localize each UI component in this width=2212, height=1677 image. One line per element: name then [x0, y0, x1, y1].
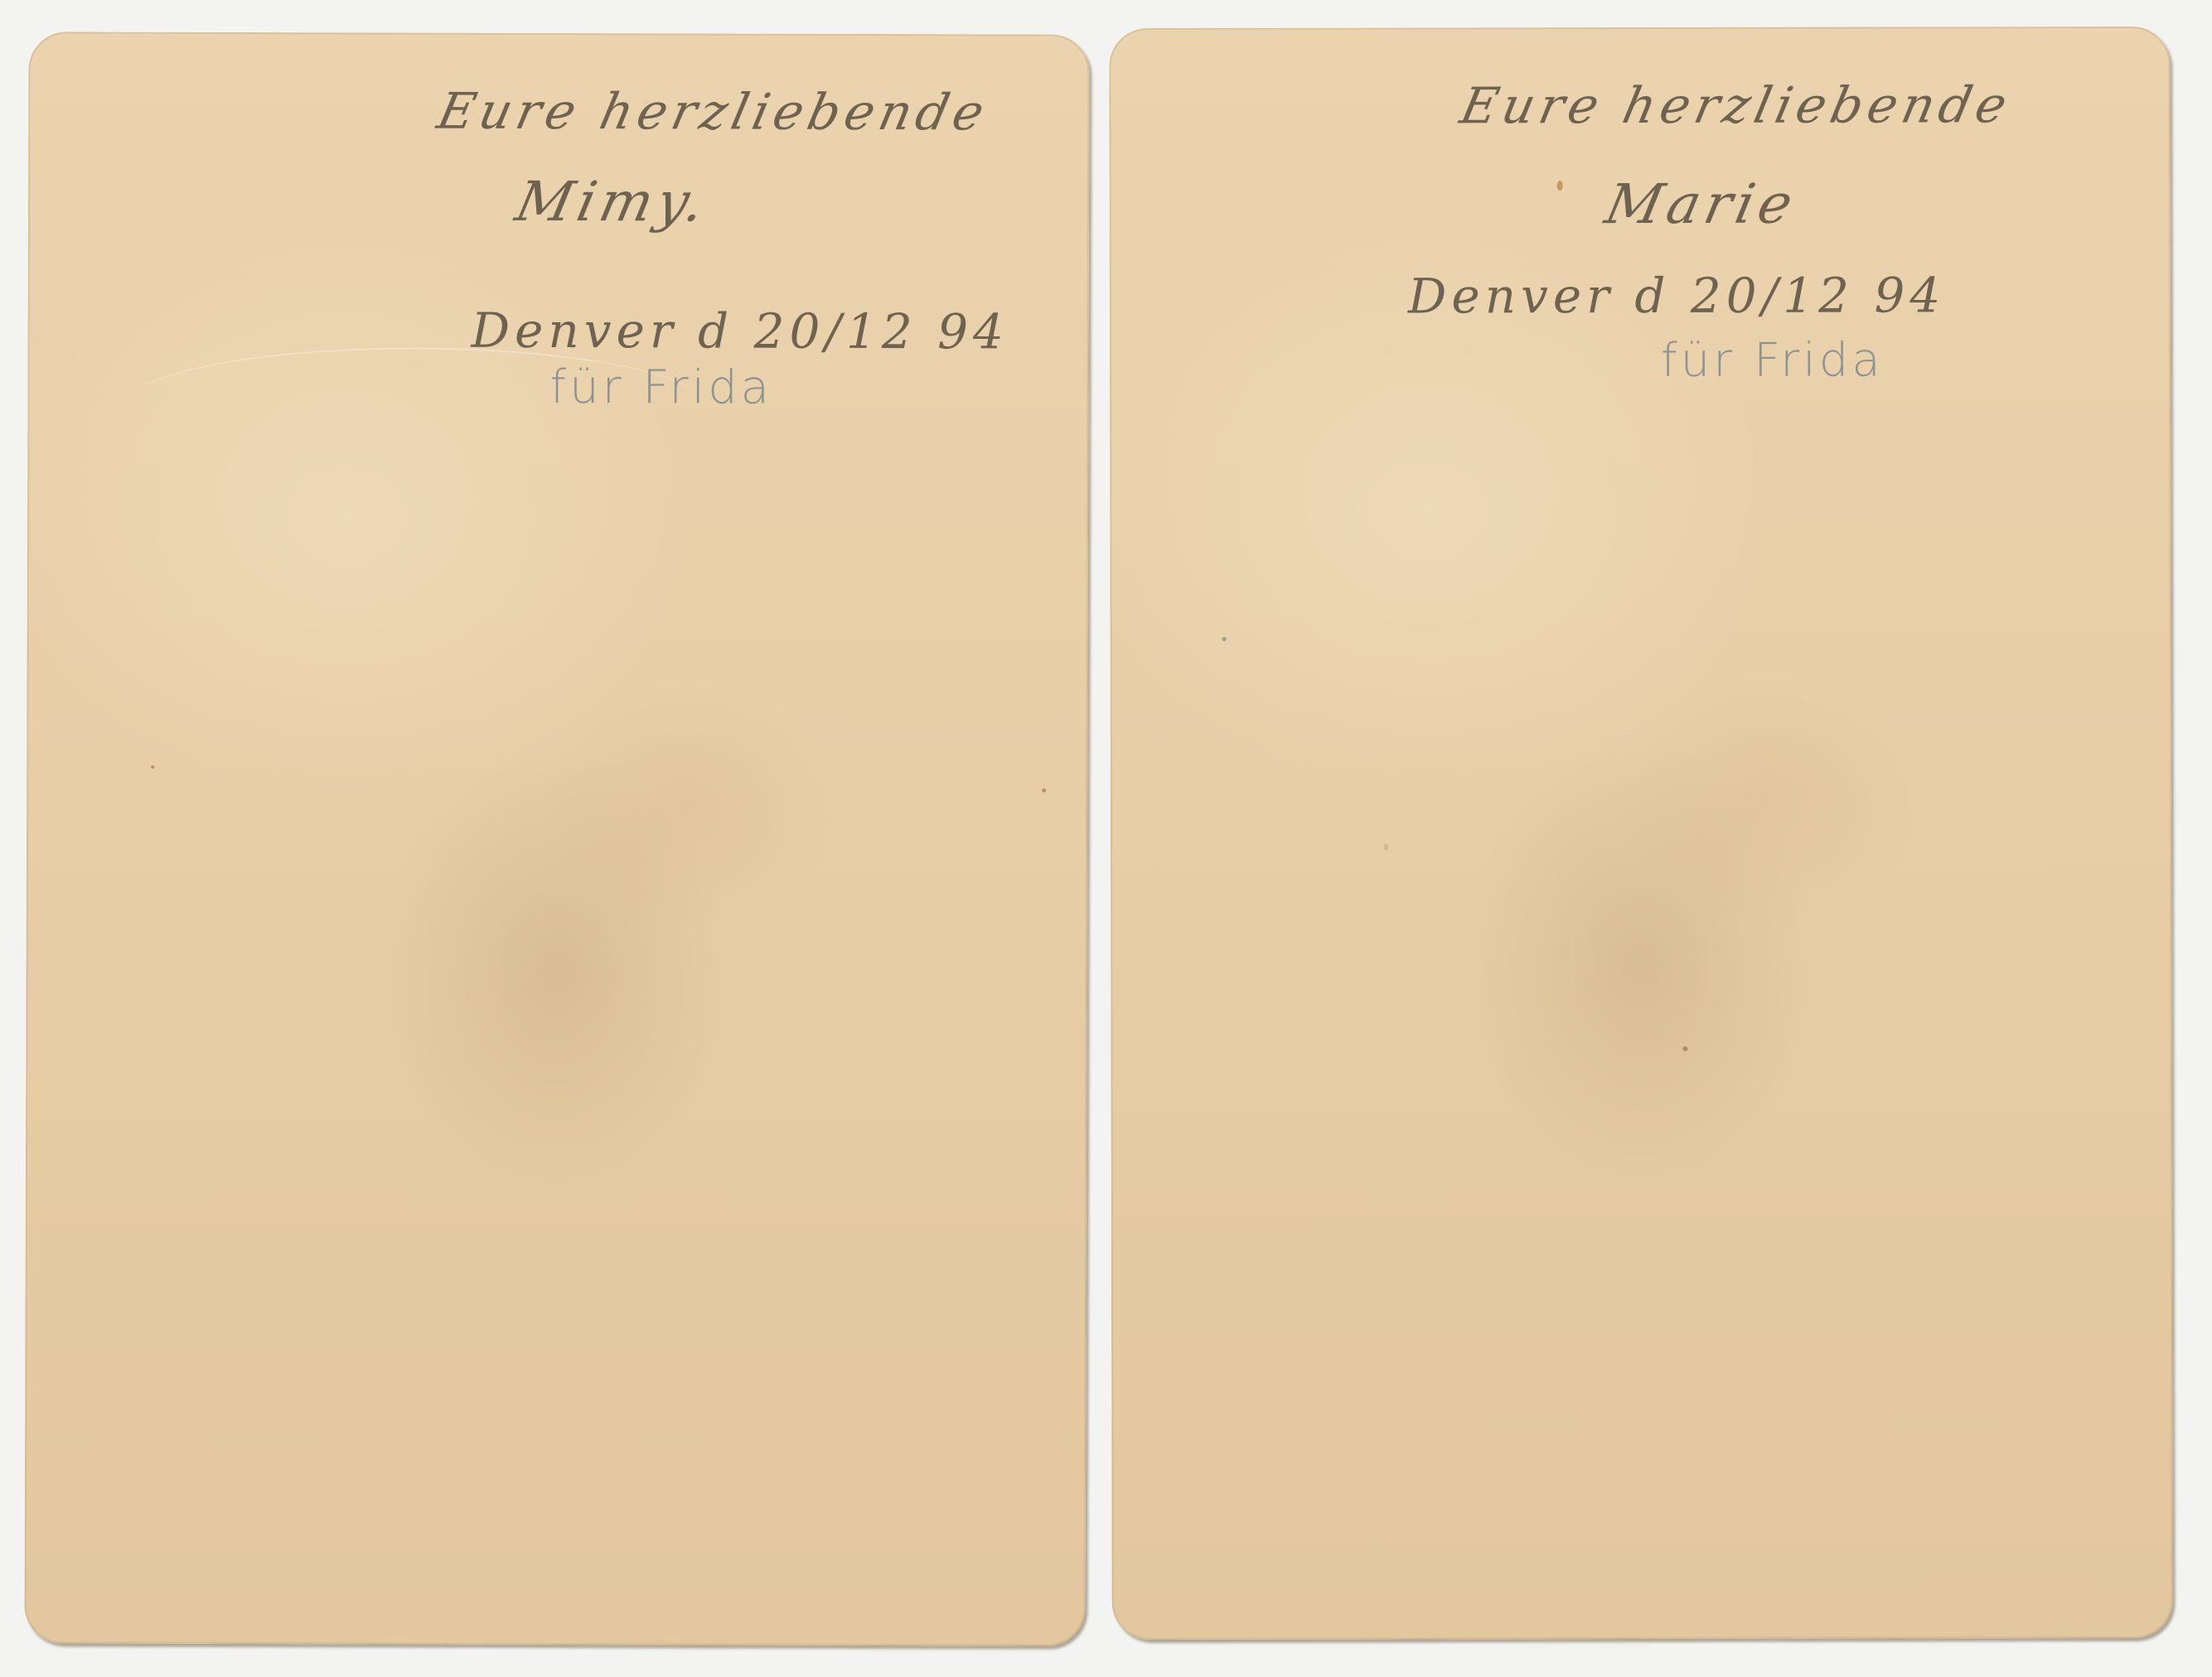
photo-card-back-right: Eure herzliebende Marie Denver d 20/12 9… — [1109, 27, 2172, 1640]
inscription-pencil-note: für Frida — [549, 360, 772, 415]
inscription-signature: Mimy. — [511, 170, 715, 234]
paper-spot — [151, 766, 154, 769]
paper-spot — [1042, 789, 1046, 793]
inscription-greeting: Eure herzliebende — [1455, 76, 2016, 135]
paper-spot — [1384, 844, 1388, 851]
inscription-signature: Marie — [1600, 172, 1803, 236]
inscription-greeting: Eure herzliebende — [433, 83, 995, 143]
inscription-place-date: Denver d 20/12 94 — [472, 302, 1009, 360]
photo-card-back-left: Eure herzliebende Mimy. Denver d 20/12 9… — [24, 31, 1089, 1646]
paper-stain-spot — [1557, 181, 1563, 191]
paper-spot — [1222, 637, 1227, 641]
paper-spot — [1682, 1046, 1687, 1051]
inscription-pencil-note: für Frida — [1661, 333, 1884, 387]
inscription-place-date: Denver d 20/12 94 — [1408, 267, 1946, 324]
